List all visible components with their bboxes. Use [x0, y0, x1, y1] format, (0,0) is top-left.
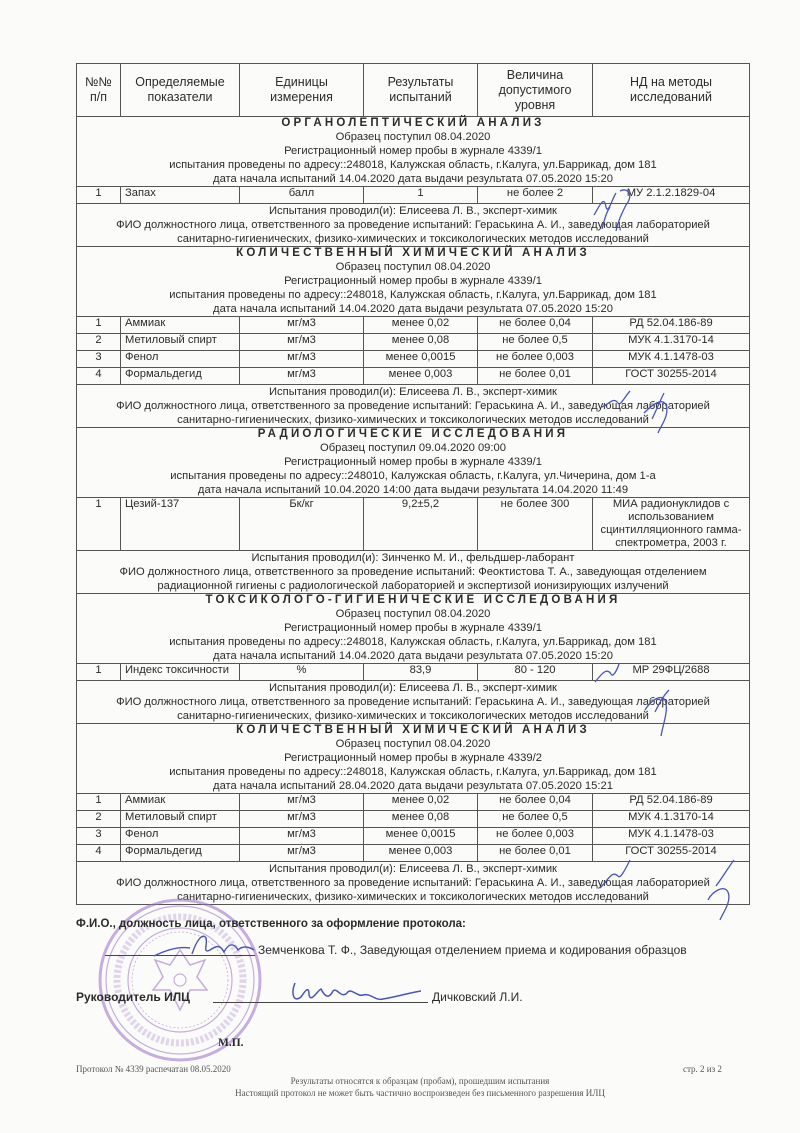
row-number: 2 [77, 811, 121, 828]
staff-row: Испытания проводил(и): Елисеева Л. В., э… [77, 204, 750, 247]
test-result: менее 0,02 [364, 317, 478, 334]
test-result: менее 0,08 [364, 334, 478, 351]
sample-received: Образец поступил 09.04.2020 09:00 [81, 441, 745, 455]
test-result: менее 0,0015 [364, 351, 478, 368]
test-dates: дата начала испытаний 14.04.2020 дата вы… [81, 649, 745, 663]
indicator-name: Метиловый спирт [121, 811, 240, 828]
unit: мг/м3 [240, 811, 364, 828]
indicator-name: Аммиак [121, 794, 240, 811]
table-row: 1Аммиакмг/м3менее 0,02не более 0,04РД 52… [77, 794, 750, 811]
unit: балл [240, 187, 364, 204]
row-number: 3 [77, 351, 121, 368]
row-number: 4 [77, 368, 121, 385]
test-dates: дата начала испытаний 14.04.2020 дата вы… [81, 302, 745, 316]
row-number: 4 [77, 845, 121, 862]
performed-by: Испытания проводил(и): Елисеева Л. В., э… [81, 681, 745, 695]
allowed-limit: не более 0,01 [478, 845, 593, 862]
unit: мг/м3 [240, 351, 364, 368]
protocol-responsible-label: Ф.И.О., должность лица, ответственного з… [76, 918, 466, 930]
method-document: МУК 4.1.3170-14 [593, 811, 750, 828]
page-number: стр. 2 из 2 [683, 1064, 722, 1074]
footer-note: Результаты относятся к образцам (пробам)… [20, 1076, 800, 1086]
protocol-responsible-name: Земченкова Т. Ф., Заведующая отделением … [258, 943, 687, 957]
staff-row: Испытания проводил(и): Елисеева Л. В., э… [77, 681, 750, 724]
responsible-department: санитарно-гигиенических, физико-химическ… [81, 709, 745, 723]
responsible-person: ФИО должностного лица, ответственного за… [81, 876, 745, 890]
allowed-limit: не более 0,01 [478, 368, 593, 385]
section-header-row: ОРГАНОЛЕПТИЧЕСКИЙ АНАЛИЗОбразец поступил… [77, 117, 750, 187]
performed-by: Испытания проводил(и): Елисеева Л. В., э… [81, 204, 745, 218]
table-row: 4Формальдегидмг/м3менее 0,003не более 0,… [77, 845, 750, 862]
responsible-department: санитарно-гигиенических, физико-химическ… [81, 413, 745, 427]
table-row: 4Формальдегидмг/м3менее 0,003не более 0,… [77, 368, 750, 385]
registration-number: Регистрационный номер пробы в журнале 43… [81, 144, 745, 158]
table-row: 1Цезий-137Бк/кг9,2±5,2не более 300МИА ра… [77, 498, 750, 551]
allowed-limit: 80 - 120 [478, 664, 593, 681]
test-result: менее 0,003 [364, 845, 478, 862]
method-document: РД 52.04.186-89 [593, 794, 750, 811]
test-result: 9,2±5,2 [364, 498, 478, 551]
indicator-name: Метиловый спирт [121, 334, 240, 351]
row-number: 3 [77, 828, 121, 845]
table-row: 1Индекс токсичности%83,980 - 120МР 29ФЦ/… [77, 664, 750, 681]
allowed-limit: не более 0,04 [478, 317, 593, 334]
section-info: ОРГАНОЛЕПТИЧЕСКИЙ АНАЛИЗОбразец поступил… [77, 117, 750, 187]
section-title: ТОКСИКОЛОГО-ГИГИЕНИЧЕСКИЕ ИССЛЕДОВАНИЯ [81, 594, 745, 607]
test-result: 83,9 [364, 664, 478, 681]
table-body: ОРГАНОЛЕПТИЧЕСКИЙ АНАЛИЗОбразец поступил… [77, 117, 750, 905]
protocol-responsible-signature-line [105, 955, 255, 956]
responsible-person: ФИО должностного лица, ответственного за… [81, 218, 745, 232]
responsible-department: санитарно-гигиенических, физико-химическ… [81, 232, 745, 246]
header-number: №№ п/п [77, 64, 121, 117]
indicator-name: Формальдегид [121, 368, 240, 385]
allowed-limit: не более 0,003 [478, 828, 593, 845]
test-result: менее 0,003 [364, 368, 478, 385]
unit: мг/м3 [240, 794, 364, 811]
test-result: менее 0,0015 [364, 828, 478, 845]
sample-received: Образец поступил 08.04.2020 [81, 130, 745, 144]
test-dates: дата начала испытаний 10.04.2020 14:00 д… [81, 483, 745, 497]
section-header-row: КОЛИЧЕСТВЕННЫЙ ХИМИЧЕСКИЙ АНАЛИЗОбразец … [77, 247, 750, 317]
indicator-name: Аммиак [121, 317, 240, 334]
test-address: испытания проведены по адресу::248018, К… [81, 158, 745, 172]
unit: Бк/кг [240, 498, 364, 551]
table-row: 2Метиловый спиртмг/м3менее 0,08не более … [77, 334, 750, 351]
method-document: ГОСТ 30255-2014 [593, 845, 750, 862]
header-limit: Величина допустимого уровня [478, 64, 593, 117]
registration-number: Регистрационный номер пробы в журнале 43… [81, 621, 745, 635]
responsible-department: санитарно-гигиенических, физико-химическ… [81, 890, 745, 904]
allowed-limit: не более 0,5 [478, 811, 593, 828]
method-document: МУК 4.1.3170-14 [593, 334, 750, 351]
section-info: РАДИОЛОГИЧЕСКИЕ ИССЛЕДОВАНИЯОбразец пост… [77, 428, 750, 498]
indicator-name: Индекс токсичности [121, 664, 240, 681]
staff-info: Испытания проводил(и): Елисеева Л. В., э… [77, 204, 750, 247]
indicator-name: Фенол [121, 828, 240, 845]
allowed-limit: не более 2 [478, 187, 593, 204]
staff-info: Испытания проводил(и): Елисеева Л. В., э… [77, 385, 750, 428]
footer-note: Настоящий протокол не может быть частичн… [20, 1088, 800, 1098]
responsible-person: ФИО должностного лица, ответственного за… [81, 399, 745, 413]
test-result: менее 0,02 [364, 794, 478, 811]
section-title: КОЛИЧЕСТВЕННЫЙ ХИМИЧЕСКИЙ АНАЛИЗ [81, 724, 745, 737]
method-document: ГОСТ 30255-2014 [593, 368, 750, 385]
section-title: КОЛИЧЕСТВЕННЫЙ ХИМИЧЕСКИЙ АНАЛИЗ [81, 247, 745, 260]
sample-received: Образец поступил 08.04.2020 [81, 737, 745, 751]
test-result: менее 0,08 [364, 811, 478, 828]
row-number: 1 [77, 187, 121, 204]
section-info: КОЛИЧЕСТВЕННЫЙ ХИМИЧЕСКИЙ АНАЛИЗОбразец … [77, 247, 750, 317]
performed-by: Испытания проводил(и): Елисеева Л. В., э… [81, 385, 745, 399]
sample-received: Образец поступил 08.04.2020 [81, 260, 745, 274]
print-info: Протокол № 4339 распечатан 08.05.2020 [76, 1064, 231, 1074]
row-number: 2 [77, 334, 121, 351]
method-document: МИА радионуклидов с использованием сцинт… [593, 498, 750, 551]
unit: мг/м3 [240, 368, 364, 385]
unit: % [240, 664, 364, 681]
table-row: 1Запахбалл1не более 2МУ 2.1.2.1829-04 [77, 187, 750, 204]
allowed-limit: не более 300 [478, 498, 593, 551]
indicator-name: Формальдегид [121, 845, 240, 862]
row-number: 1 [77, 664, 121, 681]
protocol-page: №№ п/п Определяемые показатели Единицы и… [0, 0, 800, 1133]
header-result: Результаты испытаний [364, 64, 478, 117]
indicator-name: Запах [121, 187, 240, 204]
table-row: 3Фенолмг/м3менее 0,0015не более 0,003МУК… [77, 351, 750, 368]
registration-number: Регистрационный номер пробы в журнале 43… [81, 274, 745, 288]
responsible-person: ФИО должностного лица, ответственного за… [81, 565, 745, 579]
staff-info: Испытания проводил(и): Елисеева Л. В., э… [77, 862, 750, 905]
registration-number: Регистрационный номер пробы в журнале 43… [81, 751, 745, 765]
method-document: МУК 4.1.1478-03 [593, 828, 750, 845]
test-dates: дата начала испытаний 14.04.2020 дата вы… [81, 172, 745, 186]
table-row: 1Аммиакмг/м3менее 0,02не более 0,04РД 52… [77, 317, 750, 334]
head-signature-line [213, 1002, 428, 1003]
unit: мг/м3 [240, 845, 364, 862]
allowed-limit: не более 0,04 [478, 794, 593, 811]
registration-number: Регистрационный номер пробы в журнале 43… [81, 455, 745, 469]
performed-by: Испытания проводил(и): Елисеева Л. В., э… [81, 862, 745, 876]
allowed-limit: не более 0,003 [478, 351, 593, 368]
indicator-name: Фенол [121, 351, 240, 368]
test-address: испытания проведены по адресу::248018, К… [81, 288, 745, 302]
sample-received: Образец поступил 08.04.2020 [81, 607, 745, 621]
section-header-row: ТОКСИКОЛОГО-ГИГИЕНИЧЕСКИЕ ИССЛЕДОВАНИЯОб… [77, 594, 750, 664]
method-document: МУК 4.1.1478-03 [593, 351, 750, 368]
unit: мг/м3 [240, 334, 364, 351]
head-name: Дичковский Л.И. [432, 990, 523, 1004]
allowed-limit: не более 0,5 [478, 334, 593, 351]
section-header-row: РАДИОЛОГИЧЕСКИЕ ИССЛЕДОВАНИЯОбразец пост… [77, 428, 750, 498]
section-info: КОЛИЧЕСТВЕННЫЙ ХИМИЧЕСКИЙ АНАЛИЗОбразец … [77, 724, 750, 794]
header-indicator: Определяемые показатели [121, 64, 240, 117]
method-document: РД 52.04.186-89 [593, 317, 750, 334]
test-address: испытания проведены по адресу::248018, К… [81, 765, 745, 779]
table-row: 3Фенолмг/м3менее 0,0015не более 0,003МУК… [77, 828, 750, 845]
row-number: 1 [77, 794, 121, 811]
test-address: испытания проведены по адресу::248010, К… [81, 469, 745, 483]
test-address: испытания проведены по адресу::248018, К… [81, 635, 745, 649]
method-document: МР 29ФЦ/2688 [593, 664, 750, 681]
section-header-row: КОЛИЧЕСТВЕННЫЙ ХИМИЧЕСКИЙ АНАЛИЗОбразец … [77, 724, 750, 794]
test-dates: дата начала испытаний 28.04.2020 дата вы… [81, 779, 745, 793]
method-document: МУ 2.1.2.1829-04 [593, 187, 750, 204]
row-number: 1 [77, 317, 121, 334]
results-table: №№ п/п Определяемые показатели Единицы и… [76, 63, 750, 905]
signature-icon [150, 928, 260, 963]
indicator-name: Цезий-137 [121, 498, 240, 551]
responsible-department: радиационной гигиены с радиологической л… [81, 579, 745, 593]
performed-by: Испытания проводил(и): Зинченко М. И., ф… [81, 551, 745, 565]
staff-info: Испытания проводил(и): Зинченко М. И., ф… [77, 551, 750, 594]
table-row: 2Метиловый спиртмг/м3менее 0,08не более … [77, 811, 750, 828]
test-result: 1 [364, 187, 478, 204]
header-unit: Единицы измерения [240, 64, 364, 117]
section-info: ТОКСИКОЛОГО-ГИГИЕНИЧЕСКИЕ ИССЛЕДОВАНИЯОб… [77, 594, 750, 664]
header-method: НД на методы исследований [593, 64, 750, 117]
unit: мг/м3 [240, 828, 364, 845]
responsible-person: ФИО должностного лица, ответственного за… [81, 695, 745, 709]
staff-row: Испытания проводил(и): Зинченко М. И., ф… [77, 551, 750, 594]
unit: мг/м3 [240, 317, 364, 334]
section-title: ОРГАНОЛЕПТИЧЕСКИЙ АНАЛИЗ [81, 117, 745, 130]
seal-mark-label: М.П. [218, 1037, 244, 1049]
section-title: РАДИОЛОГИЧЕСКИЕ ИССЛЕДОВАНИЯ [81, 428, 745, 441]
head-label: Руководитель ИЛЦ [76, 990, 190, 1004]
staff-row: Испытания проводил(и): Елисеева Л. В., э… [77, 385, 750, 428]
staff-row: Испытания проводил(и): Елисеева Л. В., э… [77, 862, 750, 905]
staff-info: Испытания проводил(и): Елисеева Л. В., э… [77, 681, 750, 724]
table-header-row: №№ п/п Определяемые показатели Единицы и… [77, 64, 750, 117]
row-number: 1 [77, 498, 121, 551]
